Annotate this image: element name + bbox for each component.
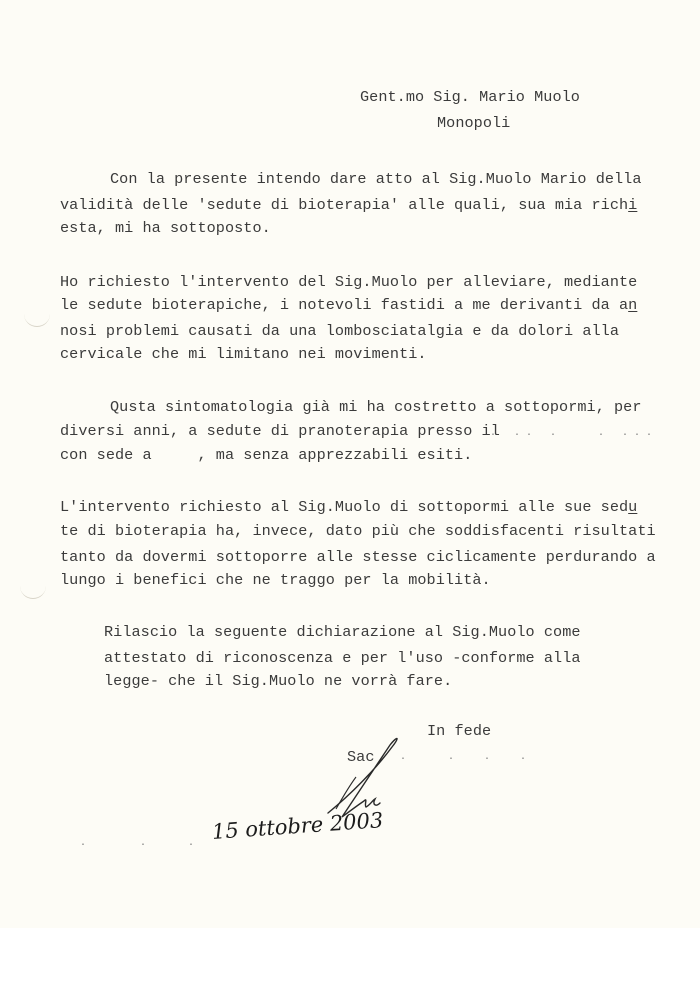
paragraph-4-line-1: L'intervento richiesto al Sig.Muolo di s… xyxy=(60,498,637,516)
paragraph-3-line-3: con sede a , ma senza apprezzabili esiti… xyxy=(60,446,472,464)
redacted-place: . . . xyxy=(80,838,200,849)
paragraph-2-line-3: nosi problemi causati da una lombosciata… xyxy=(60,322,619,340)
paragraph-1-line-2: validità delle 'sedute di bioterapia' al… xyxy=(60,196,637,214)
paragraph-3-line-2: diversi anni, a sedute di pranoterapia p… xyxy=(60,422,500,440)
paragraph-2-line-4: cervicale che mi limitano nei movimenti. xyxy=(60,345,427,363)
paragraph-5-line-3: legge- che il Sig.Muolo ne vorrà fare. xyxy=(104,672,452,690)
paragraph-5-line-1: Rilascio la seguente dichiarazione al Si… xyxy=(104,623,581,641)
recipient-city: Monopoli xyxy=(437,114,510,132)
redacted-name: . .. . . ... xyxy=(490,428,658,439)
paragraph-3-line-1: Qusta sintomatologia già mi ha costretto… xyxy=(110,398,642,416)
scan-bottom-margin xyxy=(0,928,700,989)
paragraph-4-line-4: lungo i benefici che ne traggo per la mo… xyxy=(60,571,491,589)
paragraph-4-line-2: te di bioterapia ha, invece, dato più ch… xyxy=(60,522,656,540)
paragraph-1-line-1: Con la presente intendo dare atto al Sig… xyxy=(110,170,642,188)
recipient-name: Gent.mo Sig. Mario Muolo xyxy=(360,88,580,106)
paragraph-4-line-3: tanto da dovermi sottoporre alle stesse … xyxy=(60,548,656,566)
paragraph-5-line-2: attestato di riconoscenza e per l'uso -c… xyxy=(104,649,581,667)
paragraph-1-line-3: esta, mi ha sottoposto. xyxy=(60,219,271,237)
paragraph-2-line-2: le sedute bioterapiche, i notevoli fasti… xyxy=(60,296,637,314)
paragraph-2-line-1: Ho richiesto l'intervento del Sig.Muolo … xyxy=(60,273,637,291)
